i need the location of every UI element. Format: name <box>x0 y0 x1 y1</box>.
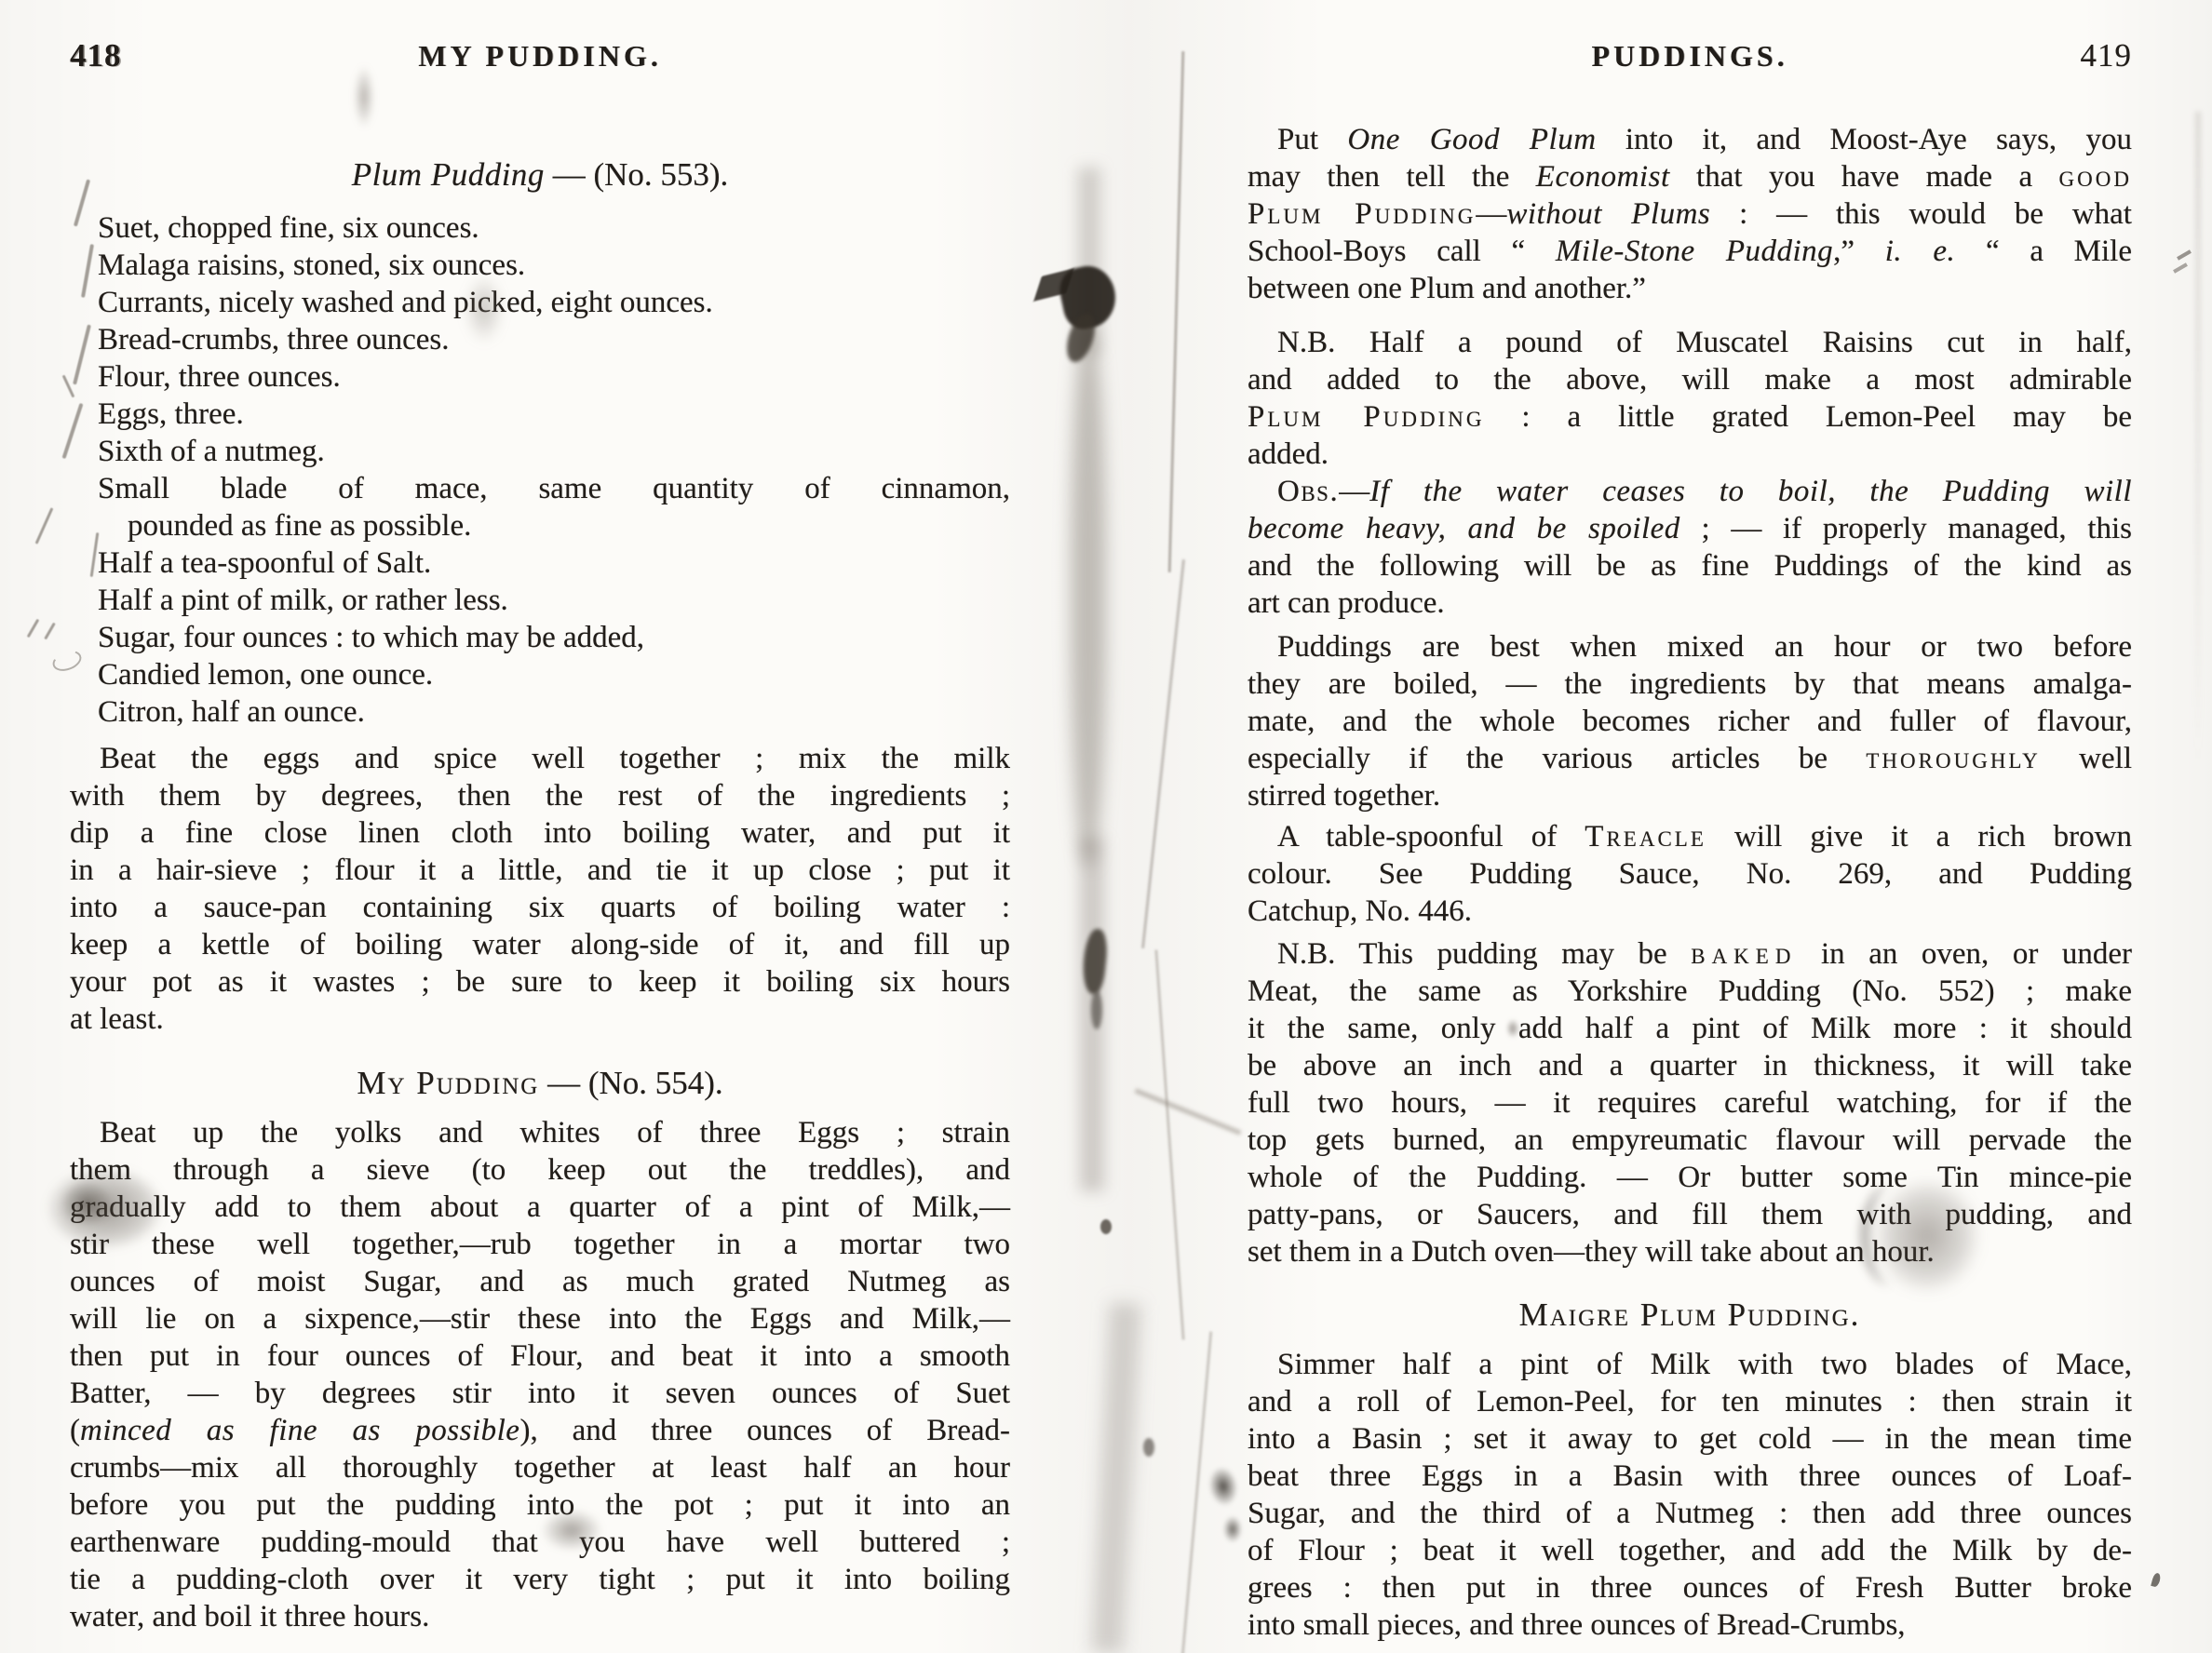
crease-line <box>1181 1332 1212 1653</box>
text-line: N.B. This pudding may be baked in an ove… <box>1248 935 2132 973</box>
paragraph: Obs.—If the water ceases to boil, the Pu… <box>1248 473 2132 622</box>
text-line: art can produce. <box>1248 585 2132 622</box>
text-line: Sugar, and the third of a Nutmeg : then … <box>1248 1495 2132 1532</box>
text-line: your pot as it wastes ; be sure to keep … <box>70 963 1010 1001</box>
ingredient-line: Citron, half an ounce. <box>70 693 1010 731</box>
pencil-mark <box>44 623 56 640</box>
text-line: they are boiled, — the ingredients by th… <box>1248 665 2132 703</box>
text-line: added. <box>1248 436 2132 473</box>
text-line: into a sauce-pan containing six quarts o… <box>70 889 1010 926</box>
paragraph: Put One Good Plum into it, and Moost-Aye… <box>1248 121 2132 307</box>
text-line: tie a pudding-cloth over it very tight ;… <box>70 1561 1010 1598</box>
text-line: in a hair-sieve ; flour it a little, and… <box>70 852 1010 889</box>
page-edge-shadow <box>2195 112 2201 763</box>
text-line: become heavy, and be spoiled ; — if prop… <box>1248 510 2132 547</box>
edge-mark <box>2151 1572 2162 1588</box>
text-line: them through a sieve (to keep out the tr… <box>70 1151 1010 1189</box>
right-page: PUDDINGS. 419 Put One Good Plum into it,… <box>1248 37 2132 1644</box>
paragraph: Beat the eggs and spice well together ; … <box>70 740 1010 1038</box>
text-line: Put One Good Plum into it, and Moost-Aye… <box>1248 121 2132 158</box>
ingredient-line: Sugar, four ounces : to which may be add… <box>70 619 1010 656</box>
book-scan-spread: 418 MY PUDDING. Plum Pudding — (No. 553)… <box>0 0 2212 1653</box>
text-line: especially if the various articles be th… <box>1248 740 2132 777</box>
left-page-header: 418 MY PUDDING. <box>70 37 1010 74</box>
text-line: Plum Pudding—without Plums : — this woul… <box>1248 195 2132 233</box>
text-line: may then tell the Economist that you hav… <box>1248 158 2132 195</box>
ingredient-line: Suet, chopped fine, six ounces. <box>70 209 1010 247</box>
text-line: ounces of moist Sugar, and as much grate… <box>70 1263 1010 1300</box>
ink-blot <box>1056 262 1121 333</box>
text-line: Plum Pudding : a little grated Lemon-Pee… <box>1248 398 2132 436</box>
ingredient-line: Malaga raisins, stoned, six ounces. <box>70 247 1010 284</box>
text-line: at least. <box>70 1001 1010 1038</box>
ingredient-line: Currants, nicely washed and picked, eigh… <box>70 284 1010 321</box>
text-line: Catchup, No. 446. <box>1248 893 2132 930</box>
ingredient-line: Flour, three ounces. <box>70 358 1010 396</box>
ingredient-line: Candied lemon, one ounce. <box>70 656 1010 693</box>
text-line: set them in a Dutch oven—they will take … <box>1248 1233 2132 1270</box>
right-page-number: 419 <box>2081 37 2133 74</box>
text-line: be above an inch and a quarter in thickn… <box>1248 1047 2132 1084</box>
paragraph: N.B. Half a pound of Muscatel Raisins cu… <box>1248 324 2132 473</box>
gutter-shadow <box>1091 1302 1141 1653</box>
text-line: full two hours, — it requires careful wa… <box>1248 1084 2132 1122</box>
text-line: top gets burned, an empyreumatic flavour… <box>1248 1122 2132 1159</box>
pencil-mark <box>35 507 54 544</box>
text-line: into a Basin ; set it away to get cold —… <box>1248 1420 2132 1458</box>
text-line: before you put the pudding into the pot … <box>70 1486 1010 1524</box>
text-line: whole of the Pudding. — Or butter some T… <box>1248 1159 2132 1196</box>
text-line: A table-spoonful of Treacle will give it… <box>1248 818 2132 855</box>
paragraph: Beat up the yolks and whites of three Eg… <box>70 1114 1010 1635</box>
text-line: will lie on a sixpence,—stir these into … <box>70 1300 1010 1337</box>
recipe-heading: Plum Pudding — (No. 553). <box>70 154 1010 196</box>
ingredient-line: Half a tea-spoonful of Salt. <box>70 544 1010 582</box>
ink-blot <box>1091 990 1102 1029</box>
edge-mark <box>2173 262 2188 273</box>
text-line: into small pieces, and three ounces of B… <box>1248 1606 2132 1644</box>
right-page-content: Put One Good Plum into it, and Moost-Aye… <box>1248 121 2132 1644</box>
ingredient-line: Small blade of mace, same quantity of ci… <box>70 470 1010 507</box>
gutter-shadow <box>1080 838 1104 1191</box>
text-line: Obs.—If the water ceases to boil, the Pu… <box>1248 473 2132 510</box>
text-line: dip a fine close linen cloth into boilin… <box>70 814 1010 852</box>
crease-line <box>1141 559 1185 948</box>
text-line: and the following will be as fine Puddin… <box>1248 547 2132 585</box>
text-line: keep a kettle of boiling water along-sid… <box>70 926 1010 963</box>
ingredient-line: Eggs, three. <box>70 396 1010 433</box>
left-running-title: MY PUDDING. <box>70 37 1010 74</box>
text-line: earthenware pudding-mould that you have … <box>70 1524 1010 1561</box>
paragraph: Puddings are best when mixed an hour or … <box>1248 628 2132 814</box>
text-line: gradually add to them about a quarter of… <box>70 1189 1010 1226</box>
text-line: stirred together. <box>1248 777 2132 814</box>
ink-blot <box>1080 928 1109 995</box>
text-line: Meat, the same as Yorkshire Pudding (No.… <box>1248 973 2132 1010</box>
text-line: stir these well together,—rub together i… <box>70 1226 1010 1263</box>
text-line: patty-pans, or Saucers, and fill them wi… <box>1248 1196 2132 1233</box>
text-line: School-Boys call “ Mile-Stone Pudding,” … <box>1248 233 2132 270</box>
ink-blot <box>1033 268 1074 302</box>
text-line: crumbs—mix all thoroughly together at le… <box>70 1449 1010 1486</box>
gutter-shadow <box>1071 326 1106 866</box>
ink-spot <box>1143 1438 1154 1457</box>
gutter-shadow <box>1078 168 1100 354</box>
ink-blot <box>1061 310 1099 365</box>
paragraph: A table-spoonful of Treacle will give it… <box>1248 818 2132 930</box>
text-line: grees : then put in three ounces of Fres… <box>1248 1569 2132 1606</box>
right-page-header: PUDDINGS. 419 <box>1248 37 2132 74</box>
text-line: mate, and the whole becomes richer and f… <box>1248 703 2132 740</box>
scratch-streak <box>1135 1088 1242 1135</box>
paragraph: Simmer half a pint of Milk with two blad… <box>1248 1346 2132 1644</box>
text-line: it the same, only add half a pint of Mil… <box>1248 1010 2132 1047</box>
text-line: then put in four ounces of Flour, and be… <box>70 1337 1010 1375</box>
ingredient-list: Suet, chopped fine, six ounces.Malaga ra… <box>70 209 1010 731</box>
recipe-heading: Maigre Plum Pudding. <box>1248 1294 2132 1337</box>
edge-mark <box>2177 249 2192 260</box>
ink-spot <box>1203 1460 1244 1512</box>
text-line: Beat the eggs and spice well together ; … <box>70 740 1010 777</box>
text-line: between one Plum and another.” <box>1248 270 2132 307</box>
text-line: water, and boil it three hours. <box>70 1598 1010 1635</box>
ingredient-line: Bread-crumbs, three ounces. <box>70 321 1010 358</box>
text-line: colour. See Pudding Sauce, No. 269, and … <box>1248 855 2132 893</box>
left-page-content: Plum Pudding — (No. 553).Suet, chopped f… <box>70 154 1010 1635</box>
text-line: and a roll of Lemon-Peel, for ten minute… <box>1248 1383 2132 1420</box>
text-line: with them by degrees, then the rest of t… <box>70 777 1010 814</box>
crease-line <box>1168 51 1185 572</box>
text-line: (minced as fine as possible), and three … <box>70 1412 1010 1449</box>
text-line: Simmer half a pint of Milk with two blad… <box>1248 1346 2132 1383</box>
ink-spot <box>1100 1219 1112 1234</box>
text-line: Puddings are best when mixed an hour or … <box>1248 628 2132 665</box>
paragraph: N.B. This pudding may be baked in an ove… <box>1248 935 2132 1270</box>
text-line: and added to the above, will make a most… <box>1248 361 2132 398</box>
recipe-heading: My Pudding — (No. 554). <box>70 1062 1010 1105</box>
ingredient-line: Sixth of a nutmeg. <box>70 433 1010 470</box>
text-line: N.B. Half a pound of Muscatel Raisins cu… <box>1248 324 2132 361</box>
ingredient-line: pounded as fine as possible. <box>70 507 1010 544</box>
ink-spot <box>1221 1513 1244 1545</box>
ingredient-line: Half a pint of milk, or rather less. <box>70 582 1010 619</box>
crease-line <box>1154 949 1184 1339</box>
right-running-title: PUDDINGS. <box>1248 37 2132 74</box>
text-line: Batter, — by degrees stir into it seven … <box>70 1375 1010 1412</box>
left-page: 418 MY PUDDING. Plum Pudding — (No. 553)… <box>70 37 1010 1635</box>
text-line: Beat up the yolks and whites of three Eg… <box>70 1114 1010 1151</box>
text-line: of Flour ; beat it well together, and ad… <box>1248 1532 2132 1569</box>
text-line: beat three Eggs in a Basin with three ou… <box>1248 1458 2132 1495</box>
pencil-mark <box>27 619 40 638</box>
